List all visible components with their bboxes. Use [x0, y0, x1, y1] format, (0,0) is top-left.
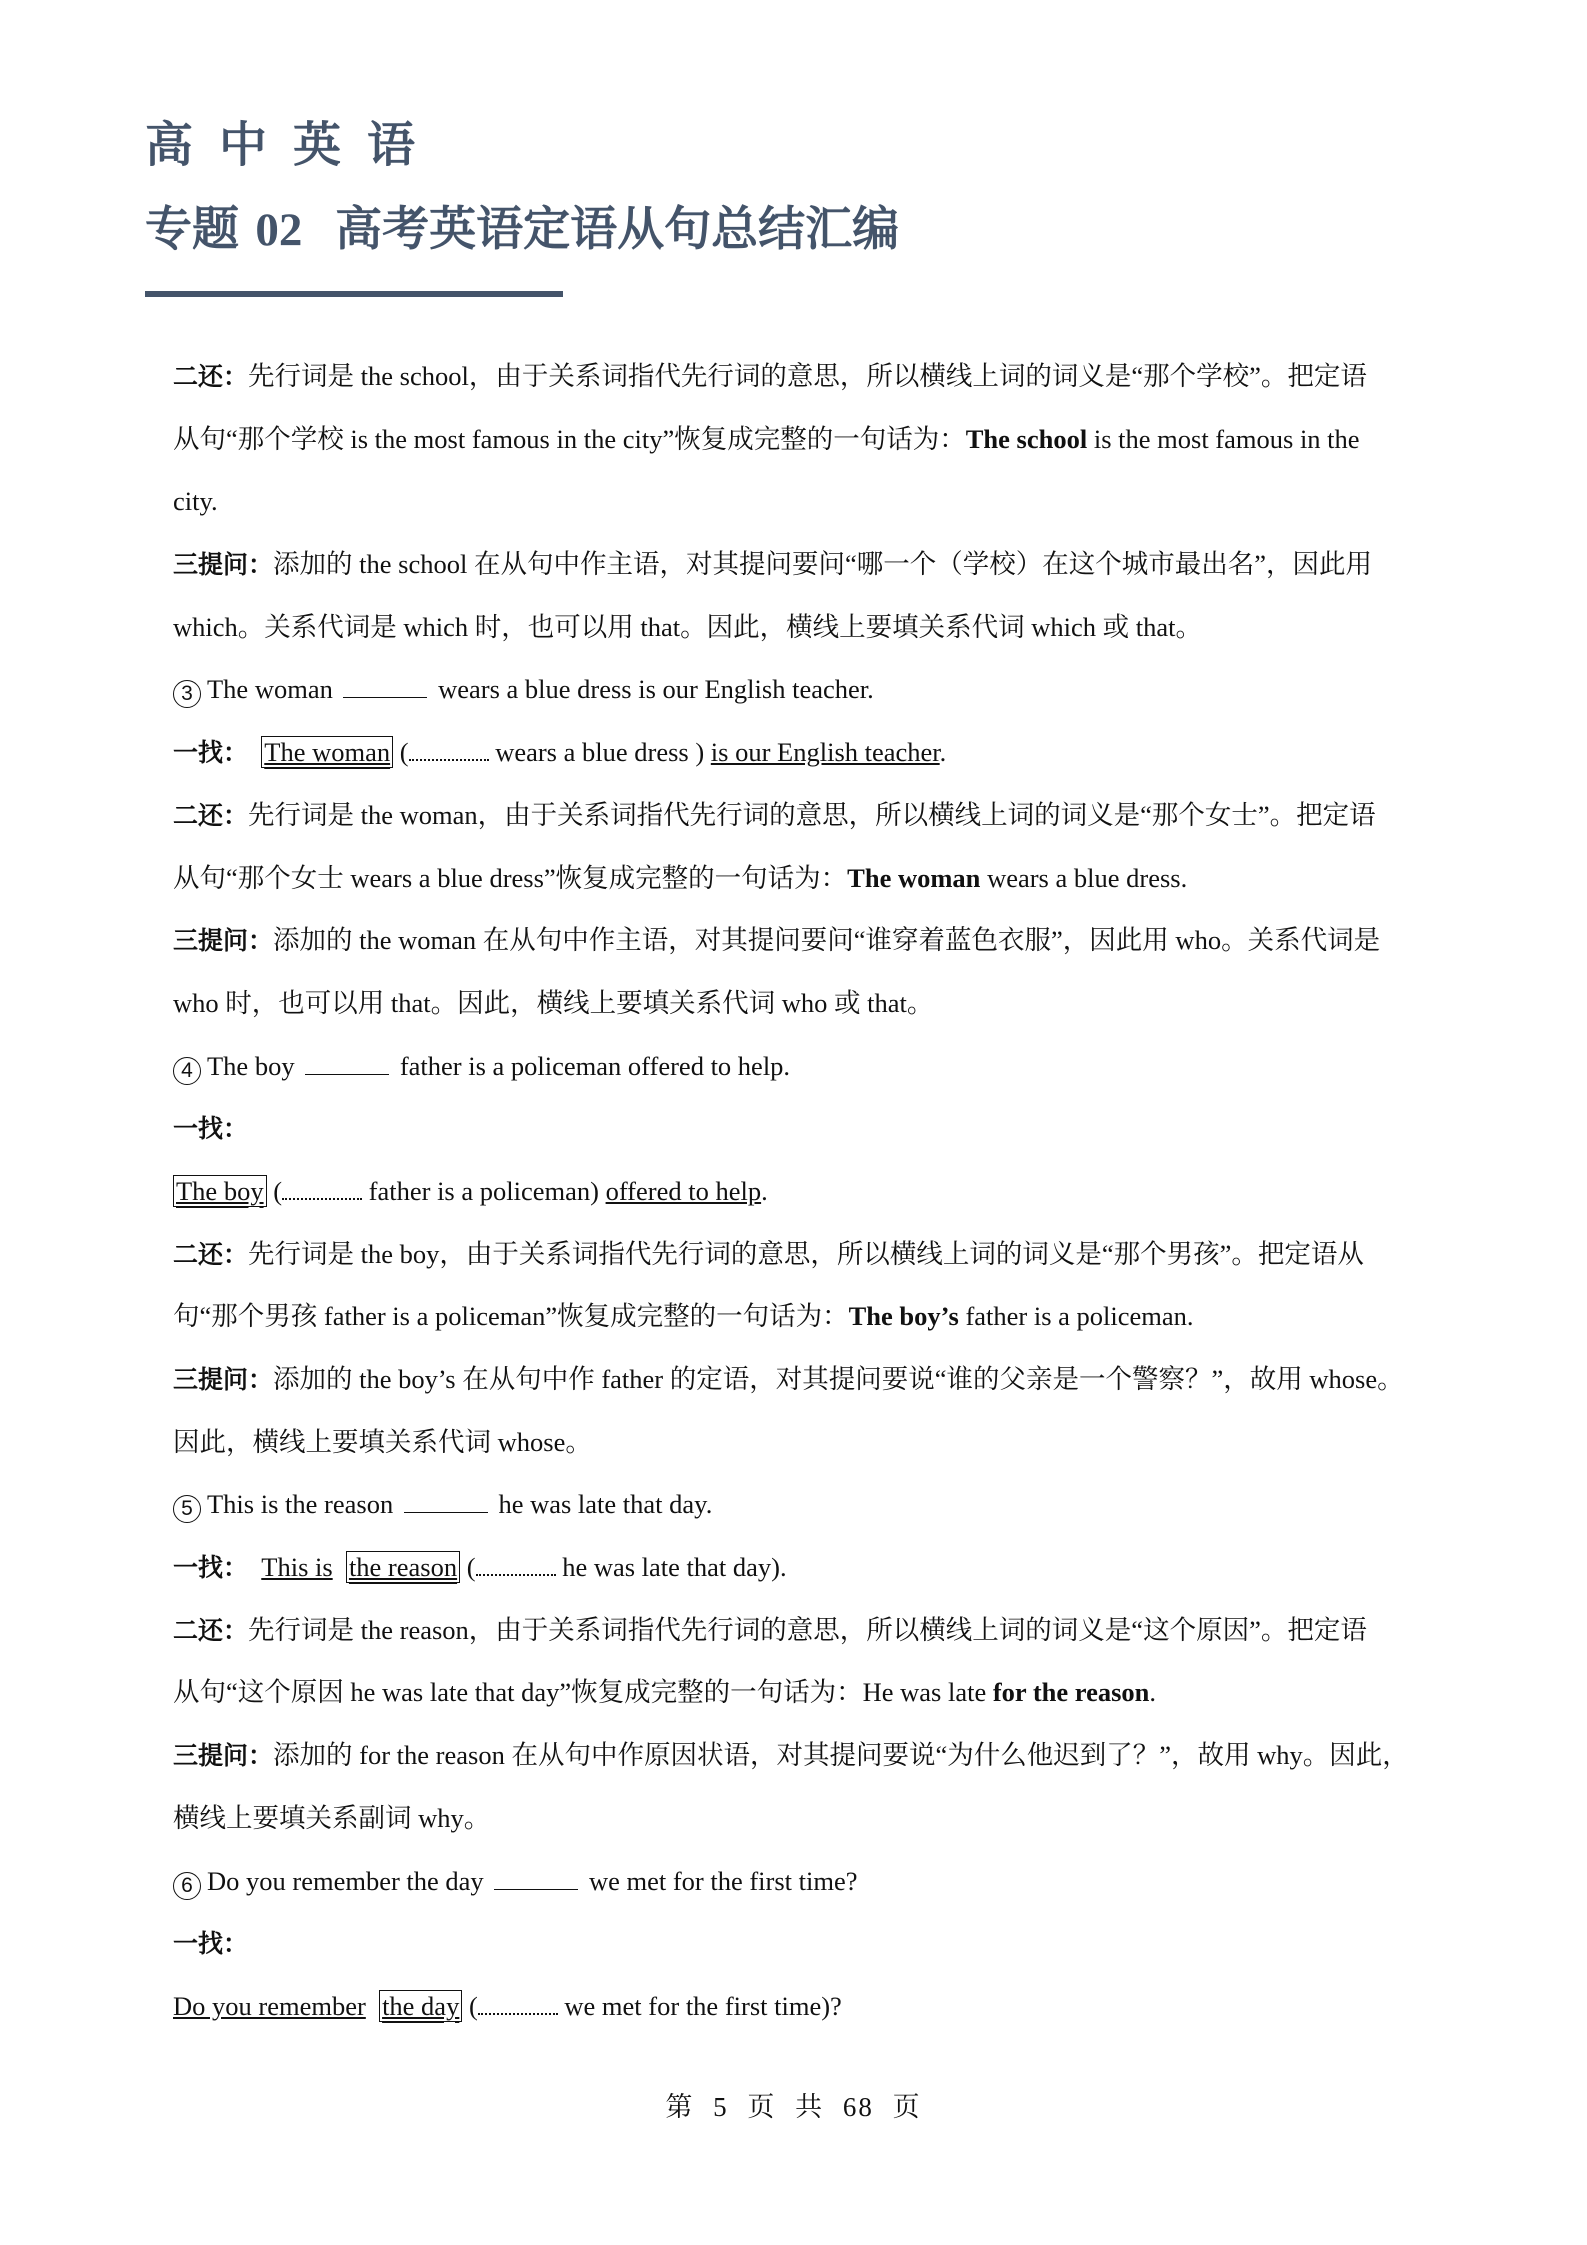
text: wears a blue dress.	[980, 863, 1187, 893]
dotted-blank	[282, 1180, 362, 1200]
text: 从句“那个女士 wears a blue dress”恢复成完整的一句话为：	[173, 863, 847, 893]
bold-text: The woman	[847, 863, 980, 893]
underlined-text: This is	[261, 1552, 332, 1582]
document-header: 高中英语 专题 02 高考英语定语从句总结汇编	[145, 115, 899, 260]
text: 添加的 for the reason 在从句中作原因状语，对其提问要说“为什么他…	[273, 1740, 1409, 1770]
dotted-blank	[478, 1995, 558, 2015]
text-line: 句“那个男孩 father is a policeman”恢复成完整的一句话为：…	[173, 1285, 1453, 1348]
circled-number: 3	[173, 680, 201, 708]
text-line: 二还：先行词是 the school，由于关系词指代先行词的意思，所以横线上词的…	[173, 345, 1453, 408]
find-label: 一找：	[173, 1553, 248, 1582]
text-line: 横线上要填关系副词 why。	[173, 1787, 1453, 1850]
topic-title: 专题 02 高考英语定语从句总结汇编	[145, 200, 899, 260]
text: 先行词是 the woman，由于关系词指代先行词的意思，所以横线上词的词义是“…	[248, 800, 1376, 830]
question-4: 4The boy father is a policeman offered t…	[173, 1035, 1453, 1098]
text-line: 一找： This is the reason ( he was late tha…	[173, 1536, 1453, 1599]
text-line: 从句“这个原因 he was late that day”恢复成完整的一句话为：…	[173, 1661, 1453, 1724]
text-line: Do you remember the day ( we met for the…	[173, 1975, 1453, 2038]
text: father is a policeman.	[959, 1301, 1194, 1331]
bold-text: The boy’s	[849, 1301, 959, 1331]
question-5: 5This is the reason he was late that day…	[173, 1473, 1453, 1536]
topic-text: 高考英语定语从句总结汇编	[335, 202, 899, 257]
text-line: 三提问：添加的 for the reason 在从句中作原因状语，对其提问要说“…	[173, 1724, 1453, 1787]
text: 从句“那个学校 is the most famous in the city”恢…	[173, 424, 966, 454]
text: we met for the first time?	[589, 1866, 858, 1896]
text-line: 从句“那个女士 wears a blue dress”恢复成完整的一句话为：Th…	[173, 847, 1453, 910]
page-footer: 第 5 页 共 68 页	[0, 2085, 1587, 2124]
text-line: The boy ( father is a policeman) offered…	[173, 1160, 1453, 1223]
text: The woman	[207, 674, 333, 704]
text-line: city.	[173, 470, 1453, 533]
text-line: 一找：	[173, 1097, 1453, 1160]
question-6: 6Do you remember the day we met for the …	[173, 1850, 1453, 1913]
text: .	[1149, 1677, 1156, 1707]
antecedent-box: The woman	[261, 736, 393, 768]
text: city.	[173, 486, 218, 516]
text: he was late that day).	[556, 1552, 787, 1582]
text: 先行词是 the school，由于关系词指代先行词的意思，所以横线上词的词义是…	[248, 361, 1367, 391]
text-line: 二还：先行词是 the boy，由于关系词指代先行词的意思，所以横线上词的词义是…	[173, 1223, 1453, 1286]
find-label: 一找：	[173, 1929, 248, 1958]
ask-label: 三提问：	[173, 1365, 273, 1394]
ask-label: 三提问：	[173, 1741, 273, 1770]
text-line: 从句“那个学校 is the most famous in the city”恢…	[173, 408, 1453, 471]
restore-label: 二还：	[173, 1616, 248, 1645]
circled-number: 4	[173, 1057, 201, 1085]
text: father is a policeman)	[362, 1176, 606, 1206]
document-body: 二还：先行词是 the school，由于关系词指代先行词的意思，所以横线上词的…	[173, 345, 1453, 2038]
question-3: 3The woman wears a blue dress is our Eng…	[173, 658, 1453, 721]
text: he was late that day.	[498, 1489, 712, 1519]
topic-number: 02	[255, 204, 302, 256]
text-line: 一找： The woman ( wears a blue dress ) is …	[173, 721, 1453, 784]
text: 句“那个男孩 father is a policeman”恢复成完整的一句话为：	[173, 1301, 849, 1331]
text: wears a blue dress )	[489, 737, 711, 767]
underlined-text: Do you remember	[173, 1991, 366, 2021]
subject-title: 高中英语	[145, 115, 899, 175]
dotted-blank	[409, 741, 489, 761]
text: which。关系代词是 which 时，也可以用 that。因此，横线上要填关系…	[173, 612, 1202, 642]
text: who 时，也可以用 that。因此，横线上要填关系代词 who 或 that。	[173, 988, 933, 1018]
underlined-text: offered to help	[606, 1176, 762, 1206]
text-line: who 时，也可以用 that。因此，横线上要填关系代词 who 或 that。	[173, 972, 1453, 1035]
text: 横线上要填关系副词 why。	[173, 1803, 490, 1833]
text: This is the reason	[207, 1489, 393, 1519]
text-line: which。关系代词是 which 时，也可以用 that。因此，横线上要填关系…	[173, 596, 1453, 659]
find-label: 一找：	[173, 738, 248, 767]
bold-text: for the reason	[993, 1677, 1150, 1707]
answer-blank	[305, 1054, 389, 1075]
text: 添加的 the woman 在从句中作主语，对其提问要问“谁穿着蓝色衣服”，因此…	[273, 925, 1380, 955]
text: 因此，横线上要填关系代词 whose。	[173, 1427, 592, 1457]
text: wears a blue dress is our English teache…	[438, 674, 874, 704]
text-line: 一找：	[173, 1912, 1453, 1975]
answer-blank	[404, 1492, 488, 1513]
header-divider	[145, 291, 563, 297]
text: 先行词是 the reason，由于关系词指代先行词的意思，所以横线上词的词义是…	[248, 1615, 1367, 1645]
text-line: 三提问：添加的 the boy’s 在从句中作 father 的定语，对其提问要…	[173, 1348, 1453, 1411]
topic-prefix: 专题	[145, 202, 239, 257]
underlined-text: is our English teacher	[711, 737, 940, 767]
ask-label: 三提问：	[173, 926, 273, 955]
answer-blank	[343, 677, 427, 698]
text: 添加的 the boy’s 在从句中作 father 的定语，对其提问要说“谁的…	[273, 1364, 1404, 1394]
text: The boy	[207, 1051, 295, 1081]
dotted-blank	[476, 1556, 556, 1576]
restore-label: 二还：	[173, 362, 248, 391]
restore-label: 二还：	[173, 801, 248, 830]
text: is the most famous in the	[1087, 424, 1359, 454]
text: 从句“这个原因 he was late that day”恢复成完整的一句话为：…	[173, 1677, 993, 1707]
text-line: 三提问：添加的 the school 在从句中作主语，对其提问要问“哪一个（学校…	[173, 533, 1453, 596]
circled-number: 6	[173, 1872, 201, 1900]
restore-label: 二还：	[173, 1240, 248, 1269]
text: we met for the first time)?	[558, 1991, 842, 2021]
circled-number: 5	[173, 1495, 201, 1523]
text-line: 三提问：添加的 the woman 在从句中作主语，对其提问要问“谁穿着蓝色衣服…	[173, 909, 1453, 972]
text: father is a policeman offered to help.	[400, 1051, 790, 1081]
ask-label: 三提问：	[173, 550, 273, 579]
bold-text: The school	[966, 424, 1087, 454]
text: 先行词是 the boy，由于关系词指代先行词的意思，所以横线上词的词义是“那个…	[248, 1239, 1364, 1269]
text-line: 二还：先行词是 the reason，由于关系词指代先行词的意思，所以横线上词的…	[173, 1599, 1453, 1662]
antecedent-box: the reason	[346, 1551, 460, 1583]
text-line: 因此，横线上要填关系代词 whose。	[173, 1411, 1453, 1474]
antecedent-box: The boy	[173, 1175, 267, 1207]
text: 添加的 the school 在从句中作主语，对其提问要问“哪一个（学校）在这个…	[273, 549, 1372, 579]
find-label: 一找：	[173, 1114, 248, 1143]
answer-blank	[494, 1869, 578, 1890]
text: Do you remember the day	[207, 1866, 484, 1896]
text-line: 二还：先行词是 the woman，由于关系词指代先行词的意思，所以横线上词的词…	[173, 784, 1453, 847]
antecedent-box: the day	[379, 1990, 462, 2022]
